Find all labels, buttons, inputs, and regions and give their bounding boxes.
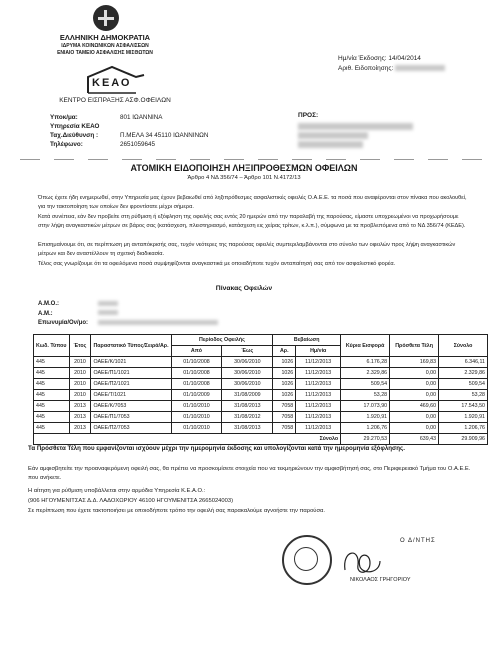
cell-year: 2010 xyxy=(69,390,91,401)
greek-emblem-icon xyxy=(93,5,119,31)
total-main: 29.270,53 xyxy=(341,434,390,445)
cell-extra: 0,00 xyxy=(390,379,439,390)
signatory-name: ΝΙΚΟΛΑΟΣ ΓΡΗΓΟΡΙΟΥ xyxy=(350,577,411,583)
debtor-ids: Α.Μ.Ο.: Α.Μ.: Επωνυμία/Ον/μο: xyxy=(38,300,218,329)
col-extra: Πρόσθετα Τέλη xyxy=(390,335,439,357)
cell-cert-no: 1026 xyxy=(273,390,296,401)
cell-cert-no: 7058 xyxy=(273,401,296,412)
cell-code: 445 xyxy=(34,357,70,368)
cell-extra: 0,00 xyxy=(390,368,439,379)
logo-subtitle: ΚΕΝΤΡΟ ΕΙΣΠΡΑΞΗΣ ΑΣΦ.ΟΦΕΙΛΩΝ xyxy=(40,97,190,104)
cell-total: 1.920,91 xyxy=(439,412,488,423)
keao-logo: ΚΕΑΟ xyxy=(86,65,138,95)
cell-from: 01/10/2008 xyxy=(171,357,222,368)
cell-code: 445 xyxy=(34,390,70,401)
total-label: Σύνολο xyxy=(34,434,341,445)
cell-doc: ΟΑΕΕ/Κ/1021 xyxy=(91,357,171,368)
cell-total: 17.543,50 xyxy=(439,401,488,412)
name-label: Επωνυμία/Ον/μο: xyxy=(38,319,98,329)
cell-cert-no: 7058 xyxy=(273,412,296,423)
table-row: 445 2010 ΟΑΕΕ/Π2/1021 01/10/2008 30/06/2… xyxy=(34,379,488,390)
cell-cert-no: 1026 xyxy=(273,368,296,379)
cell-year: 2013 xyxy=(69,423,91,434)
cell-total: 509,54 xyxy=(439,379,488,390)
address-label: Ταχ.Διεύθυνση : xyxy=(50,131,120,140)
branch-label: Υποκ/μα: xyxy=(50,113,120,122)
cell-year: 2013 xyxy=(69,412,91,423)
document-title: ΑΤΟΜΙΚΗ ΕΙΔΟΠΟΙΗΣΗ ΛΗΞΙΠΡΟΘΕΣΜΩΝ ΟΦΕΙΛΩΝ xyxy=(0,163,488,173)
am-redacted xyxy=(98,310,118,315)
address-value: Π.ΜΕΛΑ 34 45110 ΙΩΑΝΝΙΝΩΝ xyxy=(120,131,208,140)
debts-table-title: Πίνακας Οφειλών xyxy=(0,285,488,292)
col-cert-no: Αρ. xyxy=(273,346,296,357)
cell-extra: 0,00 xyxy=(390,423,439,434)
col-cert-date: Ημ/νία xyxy=(296,346,341,357)
issue-date: 14/04/2014 xyxy=(388,55,421,62)
col-from: Από xyxy=(171,346,222,357)
recipient-block: ΠΡΟΣ: xyxy=(298,112,413,148)
cell-cert-no: 1026 xyxy=(273,357,296,368)
sender-info: Υποκ/μα:801 ΙΩΑΝΝΙΝΑ Υπηρεσία ΚΕΑΟ Ταχ.Δ… xyxy=(50,113,208,149)
cell-main: 1.920,91 xyxy=(341,412,390,423)
cell-from: 01/10/2008 xyxy=(171,379,222,390)
issue-info: Ημ/νία Έκδοσης: 14/04/2014 Αριθ. Ειδοποί… xyxy=(338,54,445,74)
paragraph: Κατά συνέπεια, εάν δεν προβείτε στη ρύθμ… xyxy=(38,213,468,232)
cell-main: 1.206,76 xyxy=(341,423,390,434)
extra-fees-note: Τα Πρόσθετα Τέλη που εμφανίζονται ισχύου… xyxy=(28,444,478,453)
cell-from: 01/10/2010 xyxy=(171,401,222,412)
cell-to: 31/08/2012 xyxy=(222,412,273,423)
paragraph: Επισημαίνουμε ότι, σε περίπτωση μη ανταπ… xyxy=(38,241,468,260)
notice-number-label: Αριθ. Ειδοποίησης: xyxy=(338,65,393,72)
cell-code: 445 xyxy=(34,379,70,390)
amo-redacted xyxy=(98,301,118,306)
table-row: 445 2013 ΟΑΕΕ/Π2/7053 01/10/2010 31/08/2… xyxy=(34,423,488,434)
cell-extra: 469,60 xyxy=(390,401,439,412)
col-certification: Βεβαίωση xyxy=(273,335,341,346)
cell-cert-date: 11/12/2013 xyxy=(296,401,341,412)
phone-label: Τηλέφωνο: xyxy=(50,140,120,149)
cell-doc: ΟΑΕΕ/Π1/7053 xyxy=(91,412,171,423)
recipient-label: ΠΡΟΣ: xyxy=(298,112,413,119)
cell-cert-date: 11/12/2013 xyxy=(296,412,341,423)
cell-from: 01/10/2008 xyxy=(171,368,222,379)
signature-icon xyxy=(340,545,390,577)
org-line-1: ΙΔΡΥΜΑ ΚΟΙΝΩΝΙΚΩΝ ΑΣΦΑΛΙΣΕΩΝ xyxy=(40,43,170,50)
request-note: Η αίτηση για ρύθμιση υποβάλλεται στην αρ… xyxy=(28,487,478,496)
cell-year: 2010 xyxy=(69,357,91,368)
org-heading: ΙΔΡΥΜΑ ΚΟΙΝΩΝΙΚΩΝ ΑΣΦΑΛΙΣΕΩΝ ΕΝΙΑΙΟ ΤΑΜΕ… xyxy=(40,43,170,57)
cell-code: 445 xyxy=(34,423,70,434)
col-period: Περίοδος Οφειλής xyxy=(171,335,273,346)
table-row: 445 2013 ΟΑΕΕ/Κ/7053 01/10/2010 31/08/20… xyxy=(34,401,488,412)
cell-to: 31/08/2013 xyxy=(222,401,273,412)
cell-cert-no: 1026 xyxy=(273,379,296,390)
debts-table: Κωδ. Τύπου Έτος Παραστατικό Τύπος/Σειρά/… xyxy=(33,334,488,445)
col-document: Παραστατικό Τύπος/Σειρά/Αρ. xyxy=(91,335,171,357)
col-code: Κωδ. Τύπου xyxy=(34,335,70,357)
issue-date-label: Ημ/νία Έκδοσης: xyxy=(338,55,387,62)
cell-from: 01/10/2010 xyxy=(171,412,222,423)
cell-from: 01/10/2009 xyxy=(171,390,222,401)
cell-cert-date: 11/12/2013 xyxy=(296,390,341,401)
cell-total: 6.346,11 xyxy=(439,357,488,368)
cell-doc: ΟΑΕΕ/Π2/7053 xyxy=(91,423,171,434)
cell-extra: 169,83 xyxy=(390,357,439,368)
total-sum: 29.909,96 xyxy=(439,434,488,445)
table-row: 445 2010 ΟΑΕΕ/Π1/1021 01/10/2008 30/06/2… xyxy=(34,368,488,379)
cell-cert-date: 11/12/2013 xyxy=(296,368,341,379)
official-seal-icon xyxy=(282,535,332,585)
paragraph: Τέλος σας γνωρίζουμε ότι τα οφειλόμενα π… xyxy=(38,260,468,269)
cell-main: 509,54 xyxy=(341,379,390,390)
cell-total: 1.206,76 xyxy=(439,423,488,434)
table-total-row: Σύνολο 29.270,53 639,43 29.909,96 xyxy=(34,434,488,445)
service-label: Υπηρεσία ΚΕΑΟ xyxy=(50,122,120,131)
cell-to: 30/06/2010 xyxy=(222,379,273,390)
cell-code: 445 xyxy=(34,401,70,412)
cell-year: 2010 xyxy=(69,368,91,379)
paragraph: Όπως έχετε ήδη ενημερωθεί, στην Υπηρεσία… xyxy=(38,194,468,213)
cell-code: 445 xyxy=(34,368,70,379)
cell-doc: ΟΑΕΕ/Κ/7053 xyxy=(91,401,171,412)
col-year: Έτος xyxy=(69,335,91,357)
recipient-redacted-line xyxy=(298,132,368,139)
cell-main: 17.073,90 xyxy=(341,401,390,412)
table-row: 445 2010 ΟΑΕΕ/Τ/1021 01/10/2009 31/08/20… xyxy=(34,390,488,401)
cell-total: 2.329,86 xyxy=(439,368,488,379)
recipient-redacted-line xyxy=(298,123,413,130)
table-row: 445 2013 ΟΑΕΕ/Π1/7053 01/10/2010 31/08/2… xyxy=(34,412,488,423)
divider xyxy=(20,159,488,160)
cell-from: 01/10/2010 xyxy=(171,423,222,434)
cell-doc: ΟΑΕΕ/Τ/1021 xyxy=(91,390,171,401)
signature-title: Ο Δ/ΝΤΗΣ xyxy=(400,538,436,544)
org-line-2: ΕΝΙΑΙΟ ΤΑΜΕΙΟ ΑΣΦΑΛΙΣΗΣ ΜΙΣΘΩΤΩΝ xyxy=(40,50,170,57)
ignore-note: Σε περίπτωση που έχετε τακτοποιήσει με ο… xyxy=(28,507,478,516)
cell-main: 6.176,28 xyxy=(341,357,390,368)
col-total: Σύνολο xyxy=(439,335,488,357)
recipient-redacted-line xyxy=(298,141,363,148)
col-main: Κύρια Εισφορά xyxy=(341,335,390,357)
country-heading: ΕΛΛΗΝΙΚΗ ΔΗΜΟΚΡΑΤΙΑ xyxy=(40,33,170,42)
cell-cert-date: 11/12/2013 xyxy=(296,357,341,368)
cell-main: 53,28 xyxy=(341,390,390,401)
cell-to: 31/08/2009 xyxy=(222,390,273,401)
cell-to: 31/08/2013 xyxy=(222,423,273,434)
col-to: Έως xyxy=(222,346,273,357)
amo-label: Α.Μ.Ο.: xyxy=(38,300,98,310)
cell-year: 2010 xyxy=(69,379,91,390)
total-extra: 639,43 xyxy=(390,434,439,445)
office-address: (906 ΗΓΟΥΜΕΝΙΤΣΑΣ Δ.Δ. ΛΑΔΟΧΩΡΙΟΥ 46100 … xyxy=(28,497,478,506)
cell-doc: ΟΑΕΕ/Π1/1021 xyxy=(91,368,171,379)
cell-to: 30/06/2010 xyxy=(222,357,273,368)
cell-code: 445 xyxy=(34,412,70,423)
table-row: 445 2010 ΟΑΕΕ/Κ/1021 01/10/2008 30/06/20… xyxy=(34,357,488,368)
cell-to: 30/06/2010 xyxy=(222,368,273,379)
name-redacted xyxy=(98,320,218,325)
cell-cert-no: 7058 xyxy=(273,423,296,434)
cell-extra: 0,00 xyxy=(390,412,439,423)
cell-cert-date: 11/12/2013 xyxy=(296,423,341,434)
am-label: Α.Μ.: xyxy=(38,310,98,320)
notice-number-redacted xyxy=(395,65,445,71)
cell-extra: 0,00 xyxy=(390,390,439,401)
cell-cert-date: 11/12/2013 xyxy=(296,379,341,390)
cell-total: 53,28 xyxy=(439,390,488,401)
dispute-note: Εάν αμφισβητείτε την προαναφερόμενη οφει… xyxy=(28,465,478,483)
cell-doc: ΟΑΕΕ/Π2/1021 xyxy=(91,379,171,390)
cell-year: 2013 xyxy=(69,401,91,412)
phone-value: 2651059645 xyxy=(120,140,155,149)
cell-main: 2.329,86 xyxy=(341,368,390,379)
branch-value: 801 ΙΩΑΝΝΙΝΑ xyxy=(120,113,163,122)
document-subtitle: Άρθρο 4 ΝΔ 356/74 – Άρθρο 101 Ν.4172/13 xyxy=(0,175,488,181)
logo-text: ΚΕΑΟ xyxy=(92,77,132,89)
